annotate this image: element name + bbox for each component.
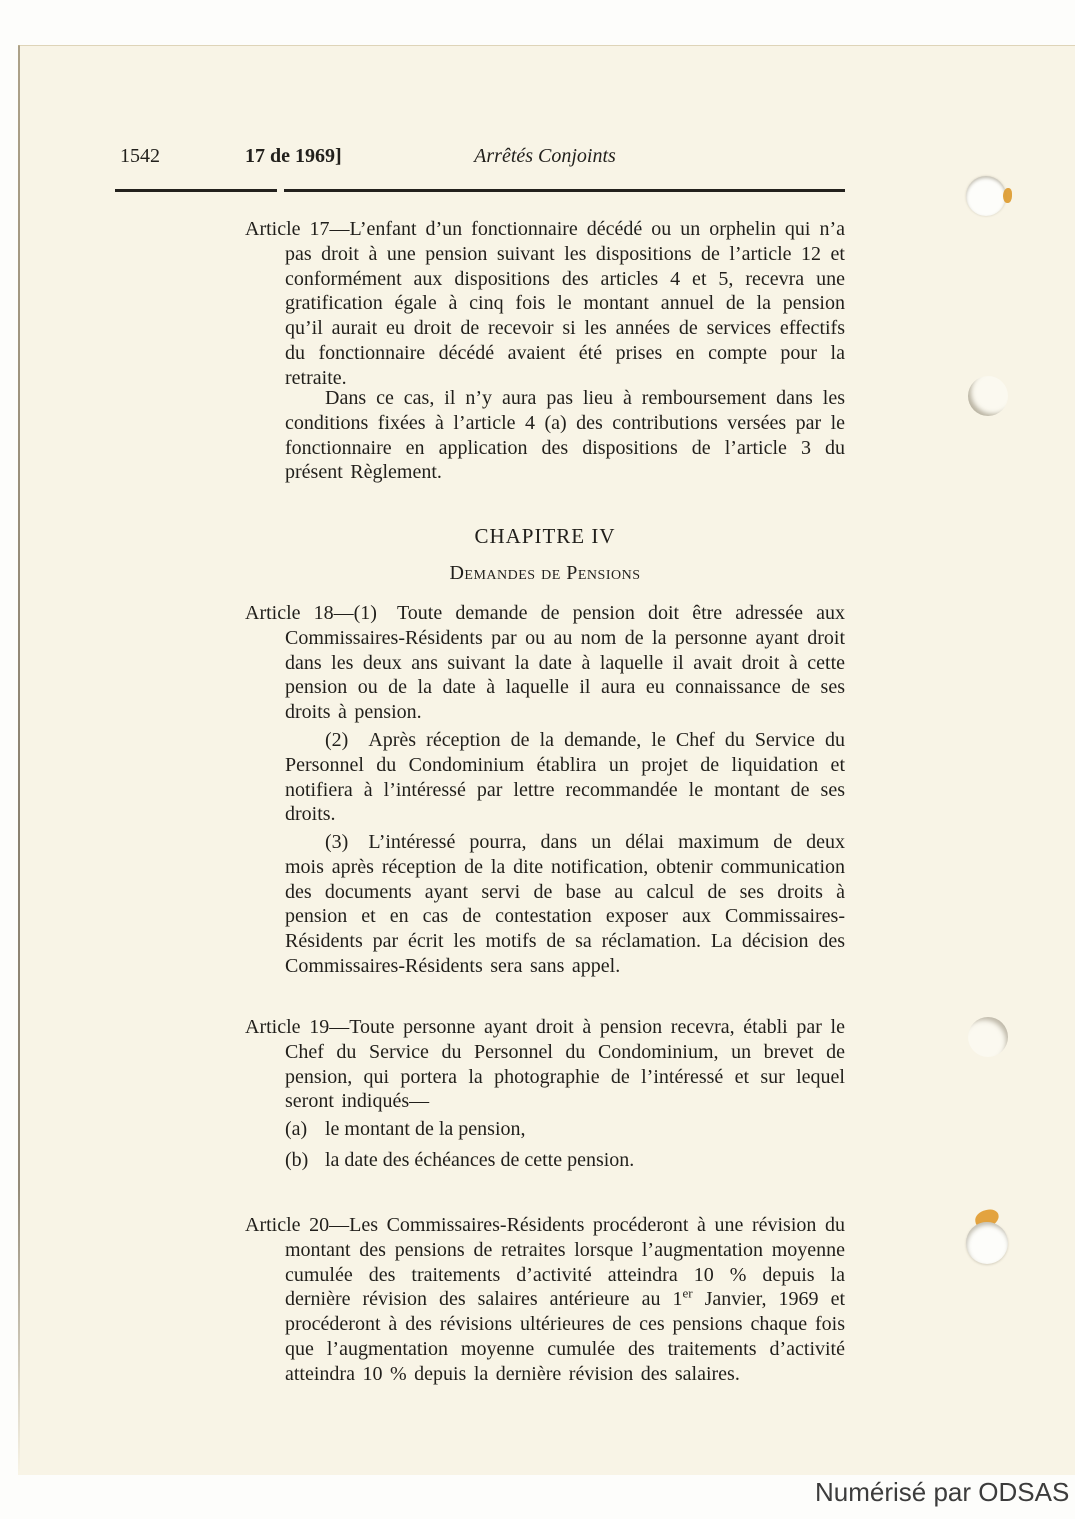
list-marker-a: (a): [285, 1117, 325, 1142]
article-19-paragraph: Article 19—Toute personne ayant droit à …: [285, 1015, 845, 1114]
punch-hole-top-1: [966, 176, 1006, 216]
article-17-paragraph-2: Dans ce cas, il n’y aura pas lieu à remb…: [285, 386, 845, 485]
ordinal-superscript: er: [682, 1286, 692, 1301]
paper-sheet: 1542 17 de 1969] Arrêtés Conjoints Artic…: [18, 45, 1075, 1475]
running-title: Arrêtés Conjoints: [245, 145, 845, 168]
chapter-heading: CHAPITRE IV: [245, 524, 845, 549]
header-rule-left: [115, 189, 277, 192]
list-marker-b: (b): [285, 1148, 325, 1173]
list-text-b: la date des échéances de cette pension.: [325, 1149, 634, 1171]
paper-left-edge: [18, 45, 20, 1473]
punch-hole-top-2: [968, 376, 1008, 416]
article-18-paragraph-3: (3) L’intéressé pourra, dans un délai ma…: [285, 830, 845, 979]
list-item-b: (b)la date des échéances de cette pensio…: [285, 1148, 845, 1173]
paper-top-edge: [18, 45, 1075, 46]
punch-hole-bottom-2: [966, 1222, 1008, 1264]
rust-stain-top: [1003, 188, 1012, 203]
chapter-subheading: Demandes de Pensions: [245, 562, 845, 585]
article-18-paragraph-2: (2) Après réception de la demande, le Ch…: [285, 728, 845, 827]
page-number: 1542: [120, 145, 160, 168]
article-20-paragraph: Article 20—Les Commissaires-Résidents pr…: [285, 1213, 845, 1387]
list-text-a: le montant de la pension,: [325, 1118, 526, 1140]
article-17-paragraph-1: Article 17—L’enfant d’un fonctionnaire d…: [285, 217, 845, 391]
header-rule-right: [284, 189, 845, 192]
list-item-a: (a)le montant de la pension,: [285, 1117, 845, 1142]
punch-hole-bottom-1: [968, 1017, 1008, 1057]
article-18-paragraph-1: Article 18—(1) Toute demande de pension …: [285, 601, 845, 725]
scan-watermark: Numérisé par ODSAS: [815, 1477, 1069, 1508]
